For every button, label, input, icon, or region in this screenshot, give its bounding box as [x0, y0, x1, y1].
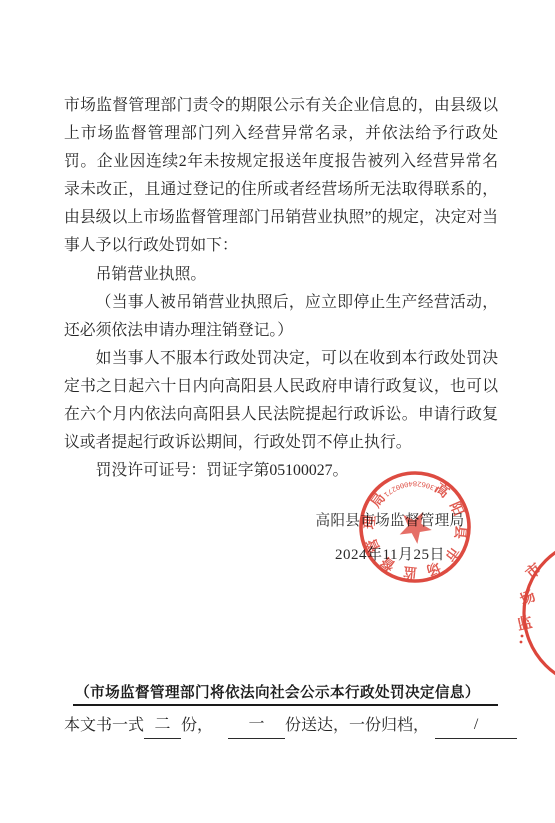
archive-blank: /: [435, 712, 517, 739]
delivered-count-blank: 一: [228, 712, 285, 739]
paragraph-penalty: 吊销营业执照。: [64, 261, 498, 289]
edge-seal-char: 市: [522, 559, 545, 582]
copies-count-blank: 二: [144, 712, 181, 739]
delivered-suffix: 份送达，一份归档，: [285, 713, 429, 739]
footer-divider: [73, 704, 498, 706]
copies-prefix: 本文书一式: [64, 713, 144, 739]
paragraph-note: （当事人被吊销营业执照后，应立即停止生产经营活动，还必须依法申请办理注销登记。）: [64, 289, 498, 345]
issuing-agency: 高阳县市场监督管理局: [308, 509, 472, 530]
copies-distribution-line: 本文书一式二份，一份送达，一份归档，/: [64, 712, 534, 739]
public-disclosure-notice: （市场监督管理部门将依法向社会公示本行政处罚决定信息）: [0, 681, 555, 702]
document-body: 市场监督管理部门责令的期限公示有关企业信息的，由县级以上市场监督管理部门列入经营…: [64, 92, 498, 485]
edge-seal-char: 监: [515, 613, 533, 634]
edge-seal-partial-stamp-icon: 市 场 监: [465, 530, 555, 690]
paragraph-legal-basis: 市场监督管理部门责令的期限公示有关企业信息的，由县级以上市场监督管理部门列入经营…: [64, 92, 498, 261]
decision-date: 2024年11月25日: [308, 543, 472, 564]
signature-block: 高阳县市场监督管理局 2024年11月25日: [308, 509, 472, 564]
paragraph-license-number: 罚没许可证号：罚证字第05100027。: [64, 457, 498, 485]
paragraph-appeal-rights: 如当事人不服本行政处罚决定，可以在收到本行政处罚决定书之日起六十日内向高阳县人民…: [64, 345, 498, 457]
copies-unit: 份，: [181, 713, 213, 739]
edge-seal-char: 场: [517, 587, 538, 609]
penalty-decision-document-page: 市场监督管理部门责令的期限公示有关企业信息的，由县级以上市场监督管理部门列入经营…: [0, 0, 555, 823]
